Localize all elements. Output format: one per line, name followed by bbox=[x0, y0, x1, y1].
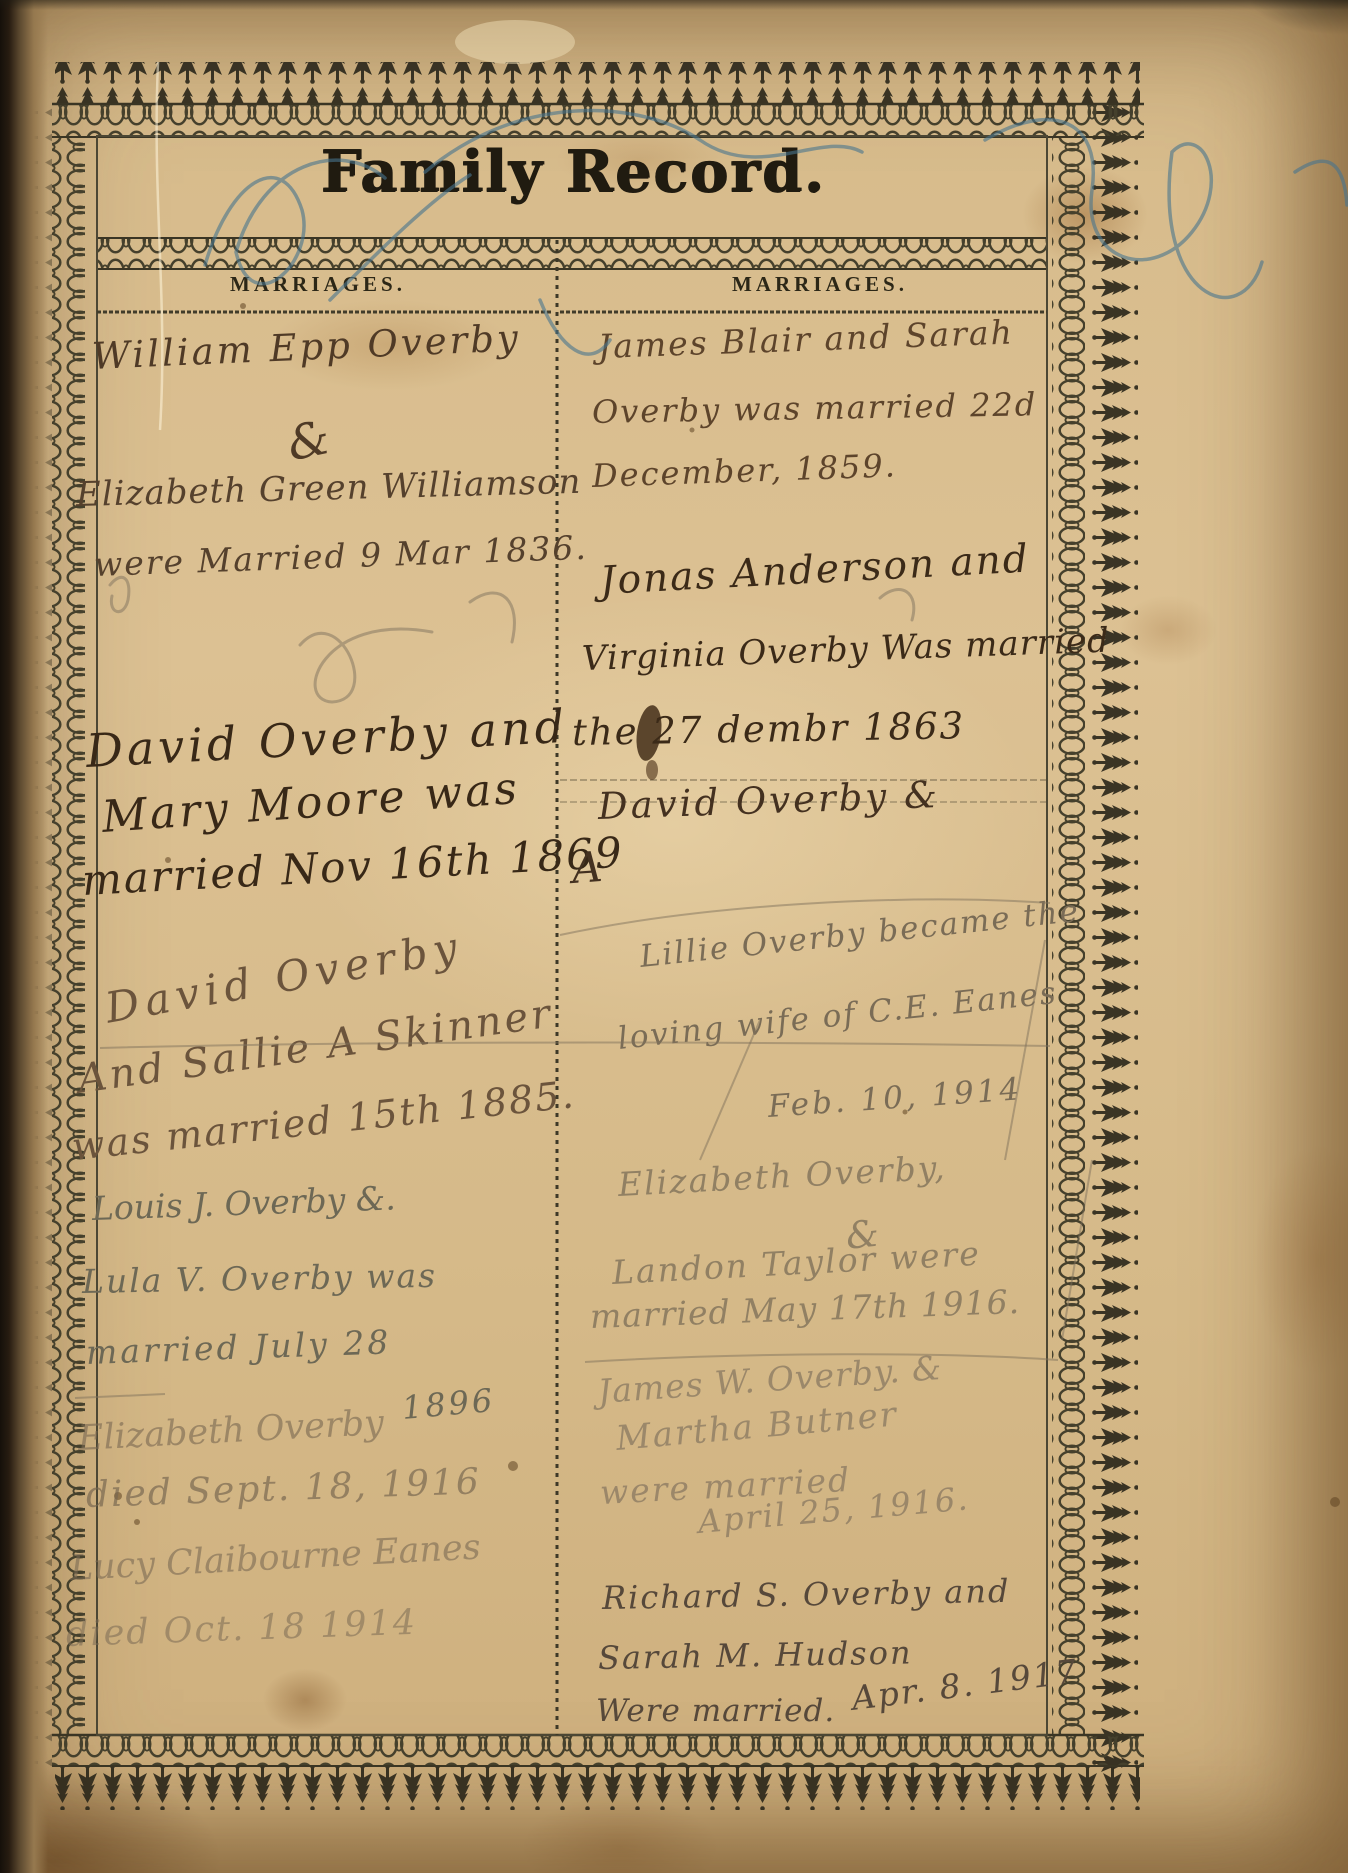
page-title: Family Record. bbox=[98, 138, 1048, 205]
marriage-entry-line: Elizabeth Overby, bbox=[617, 1151, 947, 1201]
marriage-entry-line: were Married 9 Mar 1836. bbox=[93, 531, 588, 581]
marriage-entry-line: married May 17th 1916. bbox=[589, 1285, 1020, 1333]
marriage-entry-line: Lillie Overby became the bbox=[638, 896, 1081, 973]
marriage-entry-line: Sarah M. Hudson bbox=[598, 1637, 913, 1674]
marriage-entry-line: the 27 dembr 1863 bbox=[572, 707, 966, 751]
marriage-entry-line: Elizabeth Green Williamson bbox=[76, 465, 582, 512]
marriage-entry-line: December, 1859. bbox=[591, 449, 897, 492]
book-spine bbox=[0, 0, 48, 1873]
marriage-entry-line: Mary Moore was bbox=[100, 767, 521, 840]
column-header-left: MARRIAGES. bbox=[188, 272, 448, 297]
marriage-entry-line: Elizabeth Overby bbox=[77, 1406, 385, 1457]
marriage-entry-line: Landon Taylor were bbox=[611, 1237, 981, 1289]
marriage-entry-line: James Blair and Sarah bbox=[597, 315, 1014, 362]
marriage-entry-line: Feb. 10, 1914 bbox=[767, 1074, 1023, 1123]
marriage-entry-line: A bbox=[571, 846, 604, 890]
marriage-entry-line: Louis J. Overby &. bbox=[91, 1181, 396, 1225]
column-header-right: MARRIAGES. bbox=[690, 272, 950, 297]
marriage-entry-line: married July 28 bbox=[85, 1325, 391, 1369]
marriage-entry-line: Overby was married 22d bbox=[592, 388, 1038, 428]
marriage-entry-line: David Overby and bbox=[85, 703, 569, 774]
page-top-shadow bbox=[0, 0, 1348, 10]
marriage-entry-line: David Overby & bbox=[597, 776, 940, 825]
marriage-entry-line: married Nov 16th 1869 bbox=[81, 832, 625, 902]
marriage-entry-line: William Epp Overby bbox=[91, 319, 521, 375]
marriage-entry-line: 1896 bbox=[401, 1384, 497, 1424]
marriage-entry-line: & bbox=[283, 414, 334, 469]
marriage-entry-line: died Sept. 18, 1916 bbox=[85, 1464, 481, 1514]
marriage-entry-line: Virginia Overby Was married bbox=[581, 624, 1110, 676]
marriage-entry-line: loving wife of C.E. Eanes bbox=[616, 978, 1059, 1055]
marriage-entry-line: Were married. bbox=[596, 1696, 835, 1727]
marriage-entry-line: died Oct. 18 1914 bbox=[65, 1606, 417, 1653]
family-record-page: Family Record. MARRIAGES. MARRIAGES. Wil… bbox=[0, 0, 1348, 1873]
marriage-entry-line: Lula V. Overby was bbox=[82, 1259, 438, 1298]
marriage-entry-line: Lucy Claibourne Eanes bbox=[69, 1531, 481, 1587]
marriage-entry-line: Richard S. Overby and bbox=[602, 1575, 1011, 1614]
marriage-entry-line: Jonas Anderson and bbox=[599, 540, 1031, 601]
